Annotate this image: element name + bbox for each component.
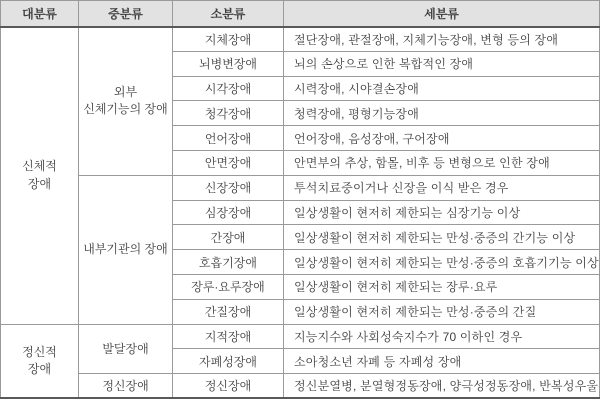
disability-classification-table: 대분류 중분류 소분류 세분류 신체적 장애 외부 신체기능의 장애 지체장애 … bbox=[0, 0, 600, 399]
mid-group-psychiatric: 정신장애 bbox=[79, 374, 173, 399]
sub-category-cell: 정신장애 bbox=[173, 374, 284, 399]
mid-group-external-body-function: 외부 신체기능의 장애 bbox=[79, 27, 173, 176]
detail-cell: 청력장애, 평형기능장애 bbox=[284, 101, 600, 126]
detail-cell: 안면부의 추상, 함몰, 비후 등 변형으로 인한 장애 bbox=[284, 150, 600, 175]
detail-cell: 언어장애, 음성장애, 구어장애 bbox=[284, 126, 600, 151]
table-row: 신체적 장애 외부 신체기능의 장애 지체장애 절단장애, 관절장애, 지체기능… bbox=[1, 27, 600, 52]
sub-category-cell: 간장애 bbox=[173, 225, 284, 250]
header-sub-category: 소분류 bbox=[173, 1, 284, 27]
detail-cell: 소아청소년 자폐 등 자폐성 장애 bbox=[284, 349, 600, 374]
detail-cell: 지능지수와 사회성숙지수가 70 이하인 경우 bbox=[284, 324, 600, 349]
sub-category-cell: 장루·요루장애 bbox=[173, 274, 284, 299]
detail-cell: 절단장애, 관절장애, 지체기능장애, 변형 등의 장애 bbox=[284, 27, 600, 52]
detail-cell: 정신분열병, 분열형정동장애, 양극성정동장애, 반복성우울장애 bbox=[284, 374, 600, 399]
sub-category-cell: 안면장애 bbox=[173, 150, 284, 175]
detail-cell: 시력장애, 시야결손장애 bbox=[284, 76, 600, 101]
sub-category-cell: 간질장애 bbox=[173, 299, 284, 324]
sub-category-cell: 시각장애 bbox=[173, 76, 284, 101]
detail-cell: 투석치료중이거나 신장을 이식 받은 경우 bbox=[284, 175, 600, 200]
table-row: 정신적 장애 발달장애 지적장애 지능지수와 사회성숙지수가 70 이하인 경우 bbox=[1, 324, 600, 349]
header-mid-category: 중분류 bbox=[79, 1, 173, 27]
detail-cell: 일상생활이 현저히 제한되는 심장기능 이상 bbox=[284, 200, 600, 225]
sub-category-cell: 심장장애 bbox=[173, 200, 284, 225]
detail-cell: 일상생활이 현저히 제한되는 장루·요루 bbox=[284, 274, 600, 299]
detail-cell: 일상생활이 현저히 제한되는 만성·중증의 호흡기기능 이상 bbox=[284, 250, 600, 275]
sub-category-cell: 뇌병변장애 bbox=[173, 51, 284, 76]
major-group-mental: 정신적 장애 bbox=[1, 324, 79, 398]
header-row: 대분류 중분류 소분류 세분류 bbox=[1, 1, 600, 27]
detail-cell: 일상생활이 현저히 제한되는 만성·중증의 간질 bbox=[284, 299, 600, 324]
mid-group-developmental: 발달장애 bbox=[79, 324, 173, 374]
table-row: 정신장애 정신장애 정신분열병, 분열형정동장애, 양극성정동장애, 반복성우울… bbox=[1, 374, 600, 399]
sub-category-cell: 호흡기장애 bbox=[173, 250, 284, 275]
sub-category-cell: 신장장애 bbox=[173, 175, 284, 200]
sub-category-cell: 언어장애 bbox=[173, 126, 284, 151]
sub-category-cell: 자폐성장애 bbox=[173, 349, 284, 374]
table-row: 내부기관의 장애 신장장애 투석치료중이거나 신장을 이식 받은 경우 bbox=[1, 175, 600, 200]
header-major-category: 대분류 bbox=[1, 1, 79, 27]
sub-category-cell: 청각장애 bbox=[173, 101, 284, 126]
header-detail-category: 세분류 bbox=[284, 1, 600, 27]
detail-cell: 뇌의 손상으로 인한 복합적인 장애 bbox=[284, 51, 600, 76]
major-group-physical: 신체적 장애 bbox=[1, 27, 79, 325]
sub-category-cell: 지체장애 bbox=[173, 27, 284, 52]
sub-category-cell: 지적장애 bbox=[173, 324, 284, 349]
detail-cell: 일상생활이 현저히 제한되는 만성·중증의 간기능 이상 bbox=[284, 225, 600, 250]
mid-group-internal-organs: 내부기관의 장애 bbox=[79, 175, 173, 324]
